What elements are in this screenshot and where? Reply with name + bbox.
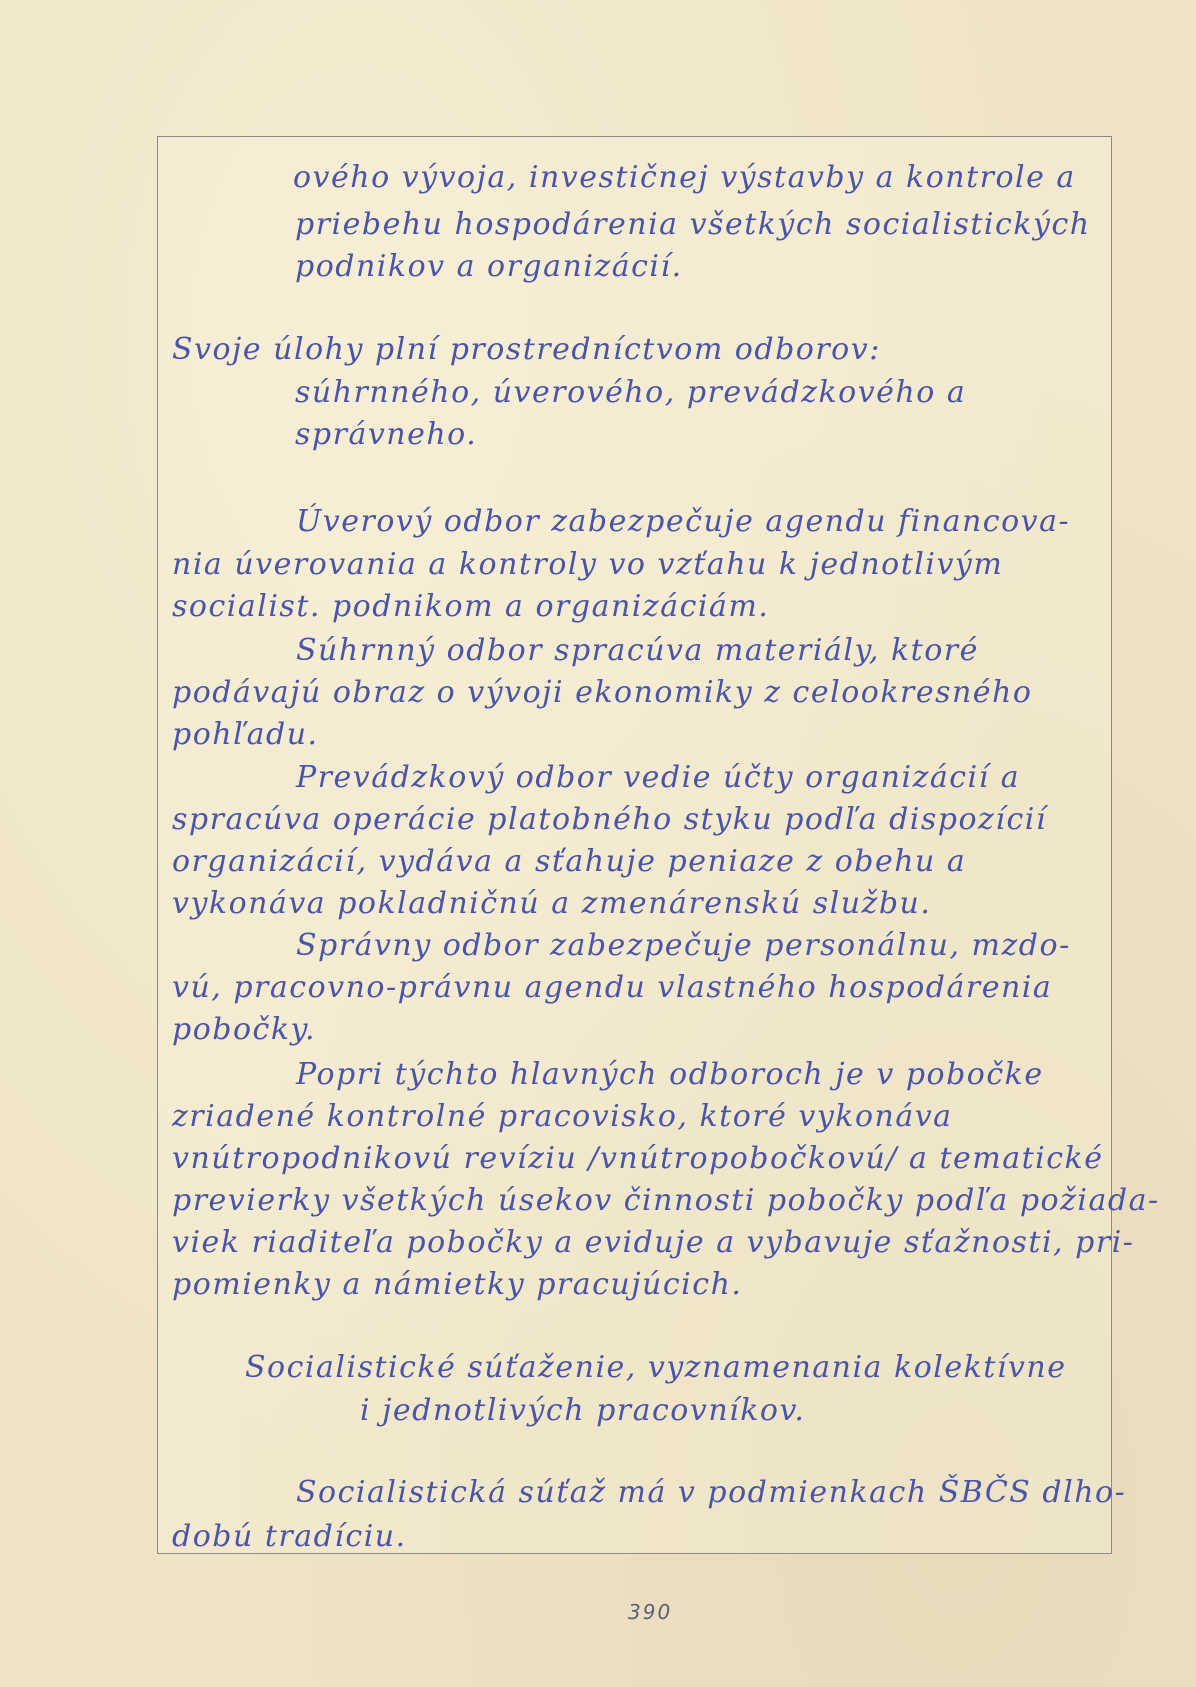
handwritten-line: priebehu hospodárenia všetkých socialist… [295,210,1091,240]
handwritten-line: socialist. podnikom a organizáciám. [172,592,769,622]
section-heading: Socialistické súťaženie, vyznamenania ko… [245,1353,1066,1383]
handwritten-line: previerky všetkých úsekov činnosti poboč… [172,1186,1160,1216]
handwritten-line: nia úverovania a kontroly vo vzťahu k je… [172,550,1003,580]
handwritten-line: vnútropodnikovú revíziu /vnútropobočkovú… [172,1144,1103,1174]
section-heading: i jednotlivých pracovníkov. [360,1396,805,1426]
handwritten-line: pomienky a námietky pracujúcich. [172,1270,742,1300]
handwritten-line: pohľadu. [172,720,319,750]
handwritten-line: Svoje úlohy plní prostredníctvom odborov… [172,335,881,365]
handwritten-line: Popri týchto hlavných odboroch je v pobo… [296,1060,1044,1090]
handwritten-line: podávajú obraz o vývoji ekonomiky z celo… [172,678,1032,708]
handwritten-line: pobočky. [172,1015,316,1045]
handwritten-line: zriadené kontrolné pracovisko, ktoré vyk… [172,1102,953,1132]
handwritten-line: ového vývoja, investičnej výstavby a kon… [293,163,1076,193]
handwritten-line: organizácií, vydáva a sťahuje peniaze z … [172,847,966,877]
handwritten-line: Prevádzkový odbor vedie účty organizácií… [296,763,1020,793]
handwritten-line: správneho. [295,420,477,450]
handwritten-line: Správny odbor zabezpečuje personálnu, mz… [296,931,1071,961]
handwritten-line: Úverový odbor zabezpečuje agendu financo… [296,507,1070,537]
handwritten-line: Súhrnný odbor spracúva materiály, ktoré [296,636,979,666]
handwritten-line: dobú tradíciu. [172,1522,407,1552]
handwritten-line: Socialistická súťaž má v podmienkach ŠBČ… [296,1478,1126,1508]
handwritten-line: podnikov a organizácií. [295,252,683,282]
handwritten-line: spracúva operácie platobného styku podľa… [172,805,1047,835]
handwritten-line: vú, pracovno-právnu agendu vlastného hos… [172,973,1052,1003]
handwritten-line: vykonáva pokladničnú a zmenárenskú služb… [172,889,931,919]
handwritten-line: viek riaditeľa pobočky a eviduje a vybav… [172,1228,1134,1258]
page-number: 390 [628,1600,672,1624]
handwritten-line: súhrnného, úverového, prevádzkového a [295,378,966,408]
